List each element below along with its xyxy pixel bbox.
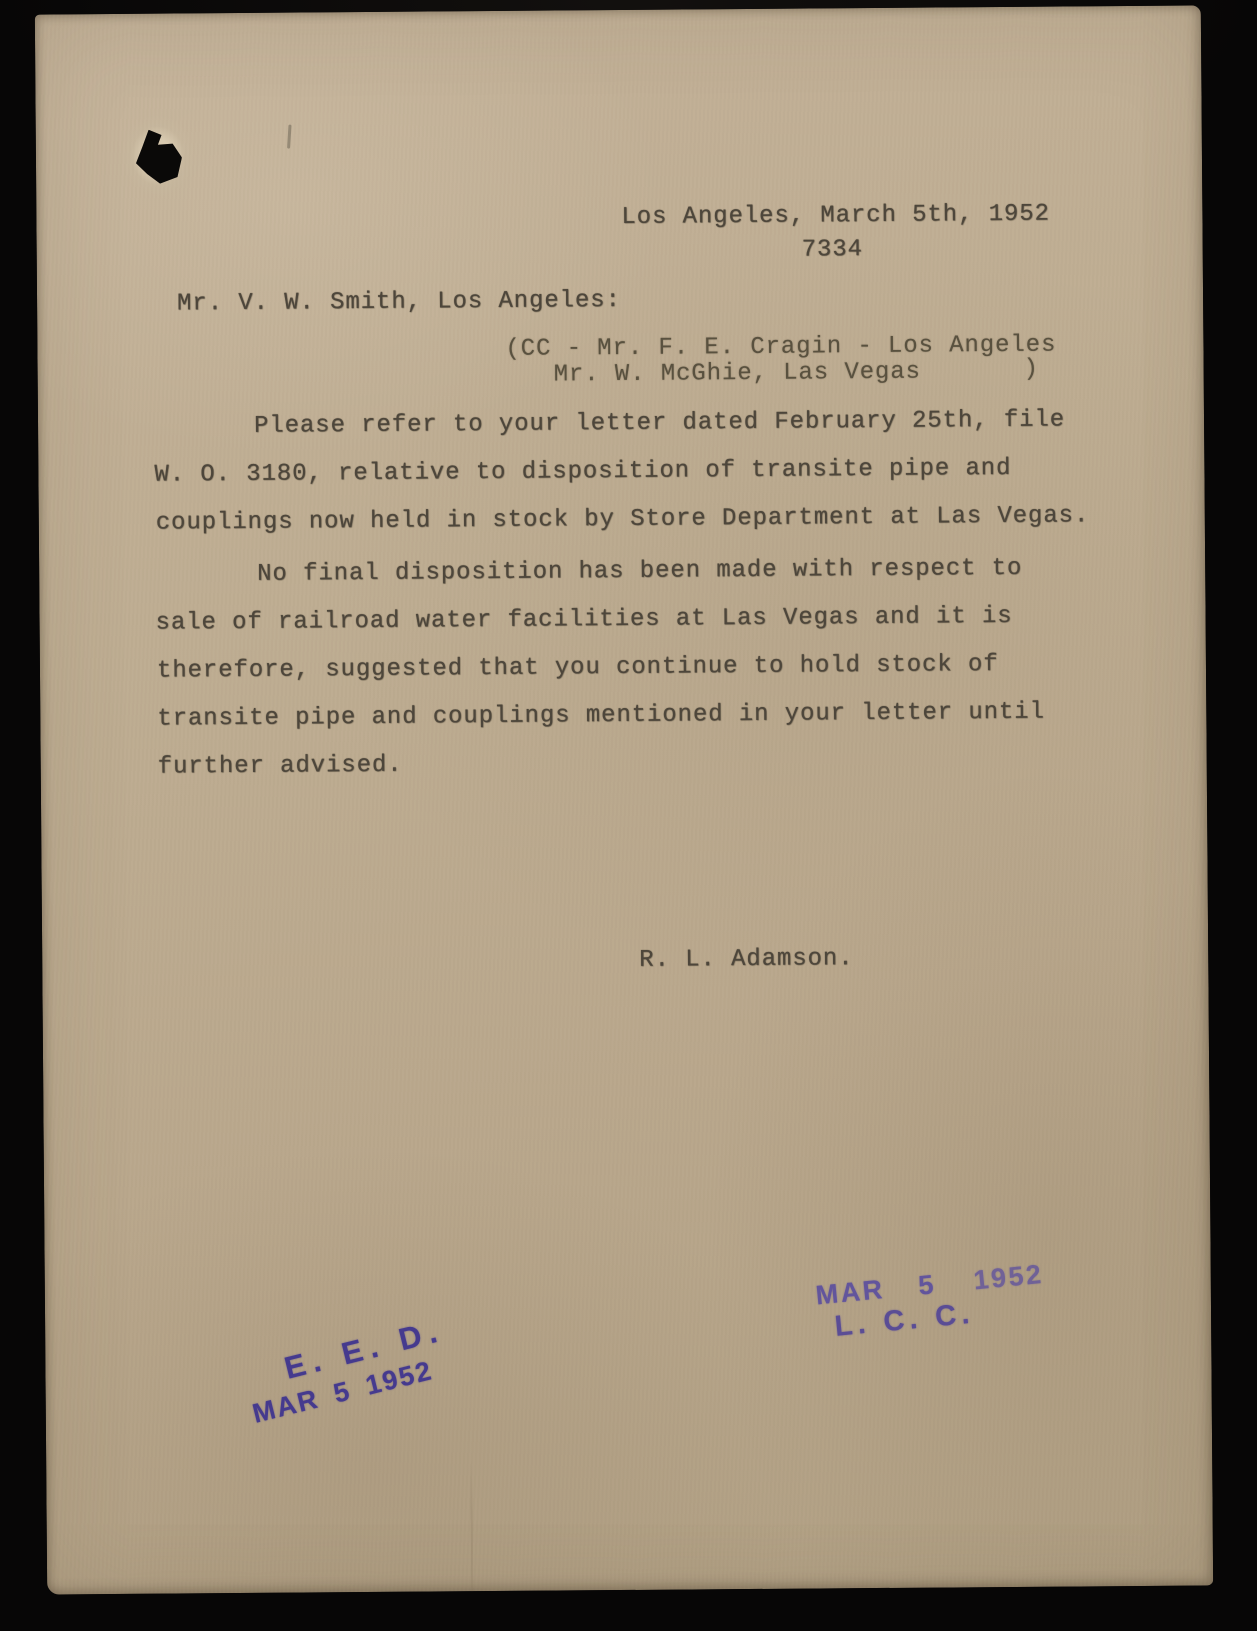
addressee-line: Mr. V. W. Smith, Los Angeles: xyxy=(177,286,621,319)
paper-crease xyxy=(470,1459,473,1591)
paragraph1-line2: W. O. 3180, relative to disposition of t… xyxy=(154,454,1011,491)
cc-closing-paren: ) xyxy=(1024,355,1040,385)
paragraph2-line5: further advised. xyxy=(158,751,403,783)
punch-hole-ring xyxy=(122,115,195,196)
eed-received-stamp: E. E. D. MAR51952 xyxy=(240,1313,456,1430)
lcc-stamp-month: MAR xyxy=(814,1274,886,1310)
lcc-stamp-day: 5 xyxy=(917,1269,937,1301)
file-number: 7334 xyxy=(802,235,863,265)
punch-hole xyxy=(136,129,182,183)
lcc-stamp-year: 1952 xyxy=(972,1259,1045,1296)
lcc-received-stamp: MAR51952 L. C. C. xyxy=(814,1259,1048,1345)
scan-background: Los Angeles, March 5th, 1952 7334 Mr. V.… xyxy=(0,0,1257,1631)
pen-mark xyxy=(287,125,291,149)
letter-paper: Los Angeles, March 5th, 1952 7334 Mr. V.… xyxy=(35,5,1213,1594)
cc-line-2: Mr. W. McGhie, Las Vegas xyxy=(554,358,921,391)
paragraph2-line4: transite pipe and couplings mentioned in… xyxy=(157,698,1045,735)
eed-stamp-day: 5 xyxy=(330,1376,354,1409)
eed-stamp-month: MAR xyxy=(249,1383,322,1428)
dateline: Los Angeles, March 5th, 1952 xyxy=(621,200,1050,233)
paragraph2-line1: No final disposition has been made with … xyxy=(257,554,1022,590)
signature-line: R. L. Adamson. xyxy=(639,944,853,976)
paragraph2-line3: therefore, suggested that you continue t… xyxy=(157,650,999,687)
paragraph2-line2: sale of railroad water facilities at Las… xyxy=(155,602,1012,639)
paragraph1-line1: Please refer to your letter dated Februa… xyxy=(254,406,1065,442)
paragraph1-line3: couplings now held in stock by Store Dep… xyxy=(156,501,1090,538)
